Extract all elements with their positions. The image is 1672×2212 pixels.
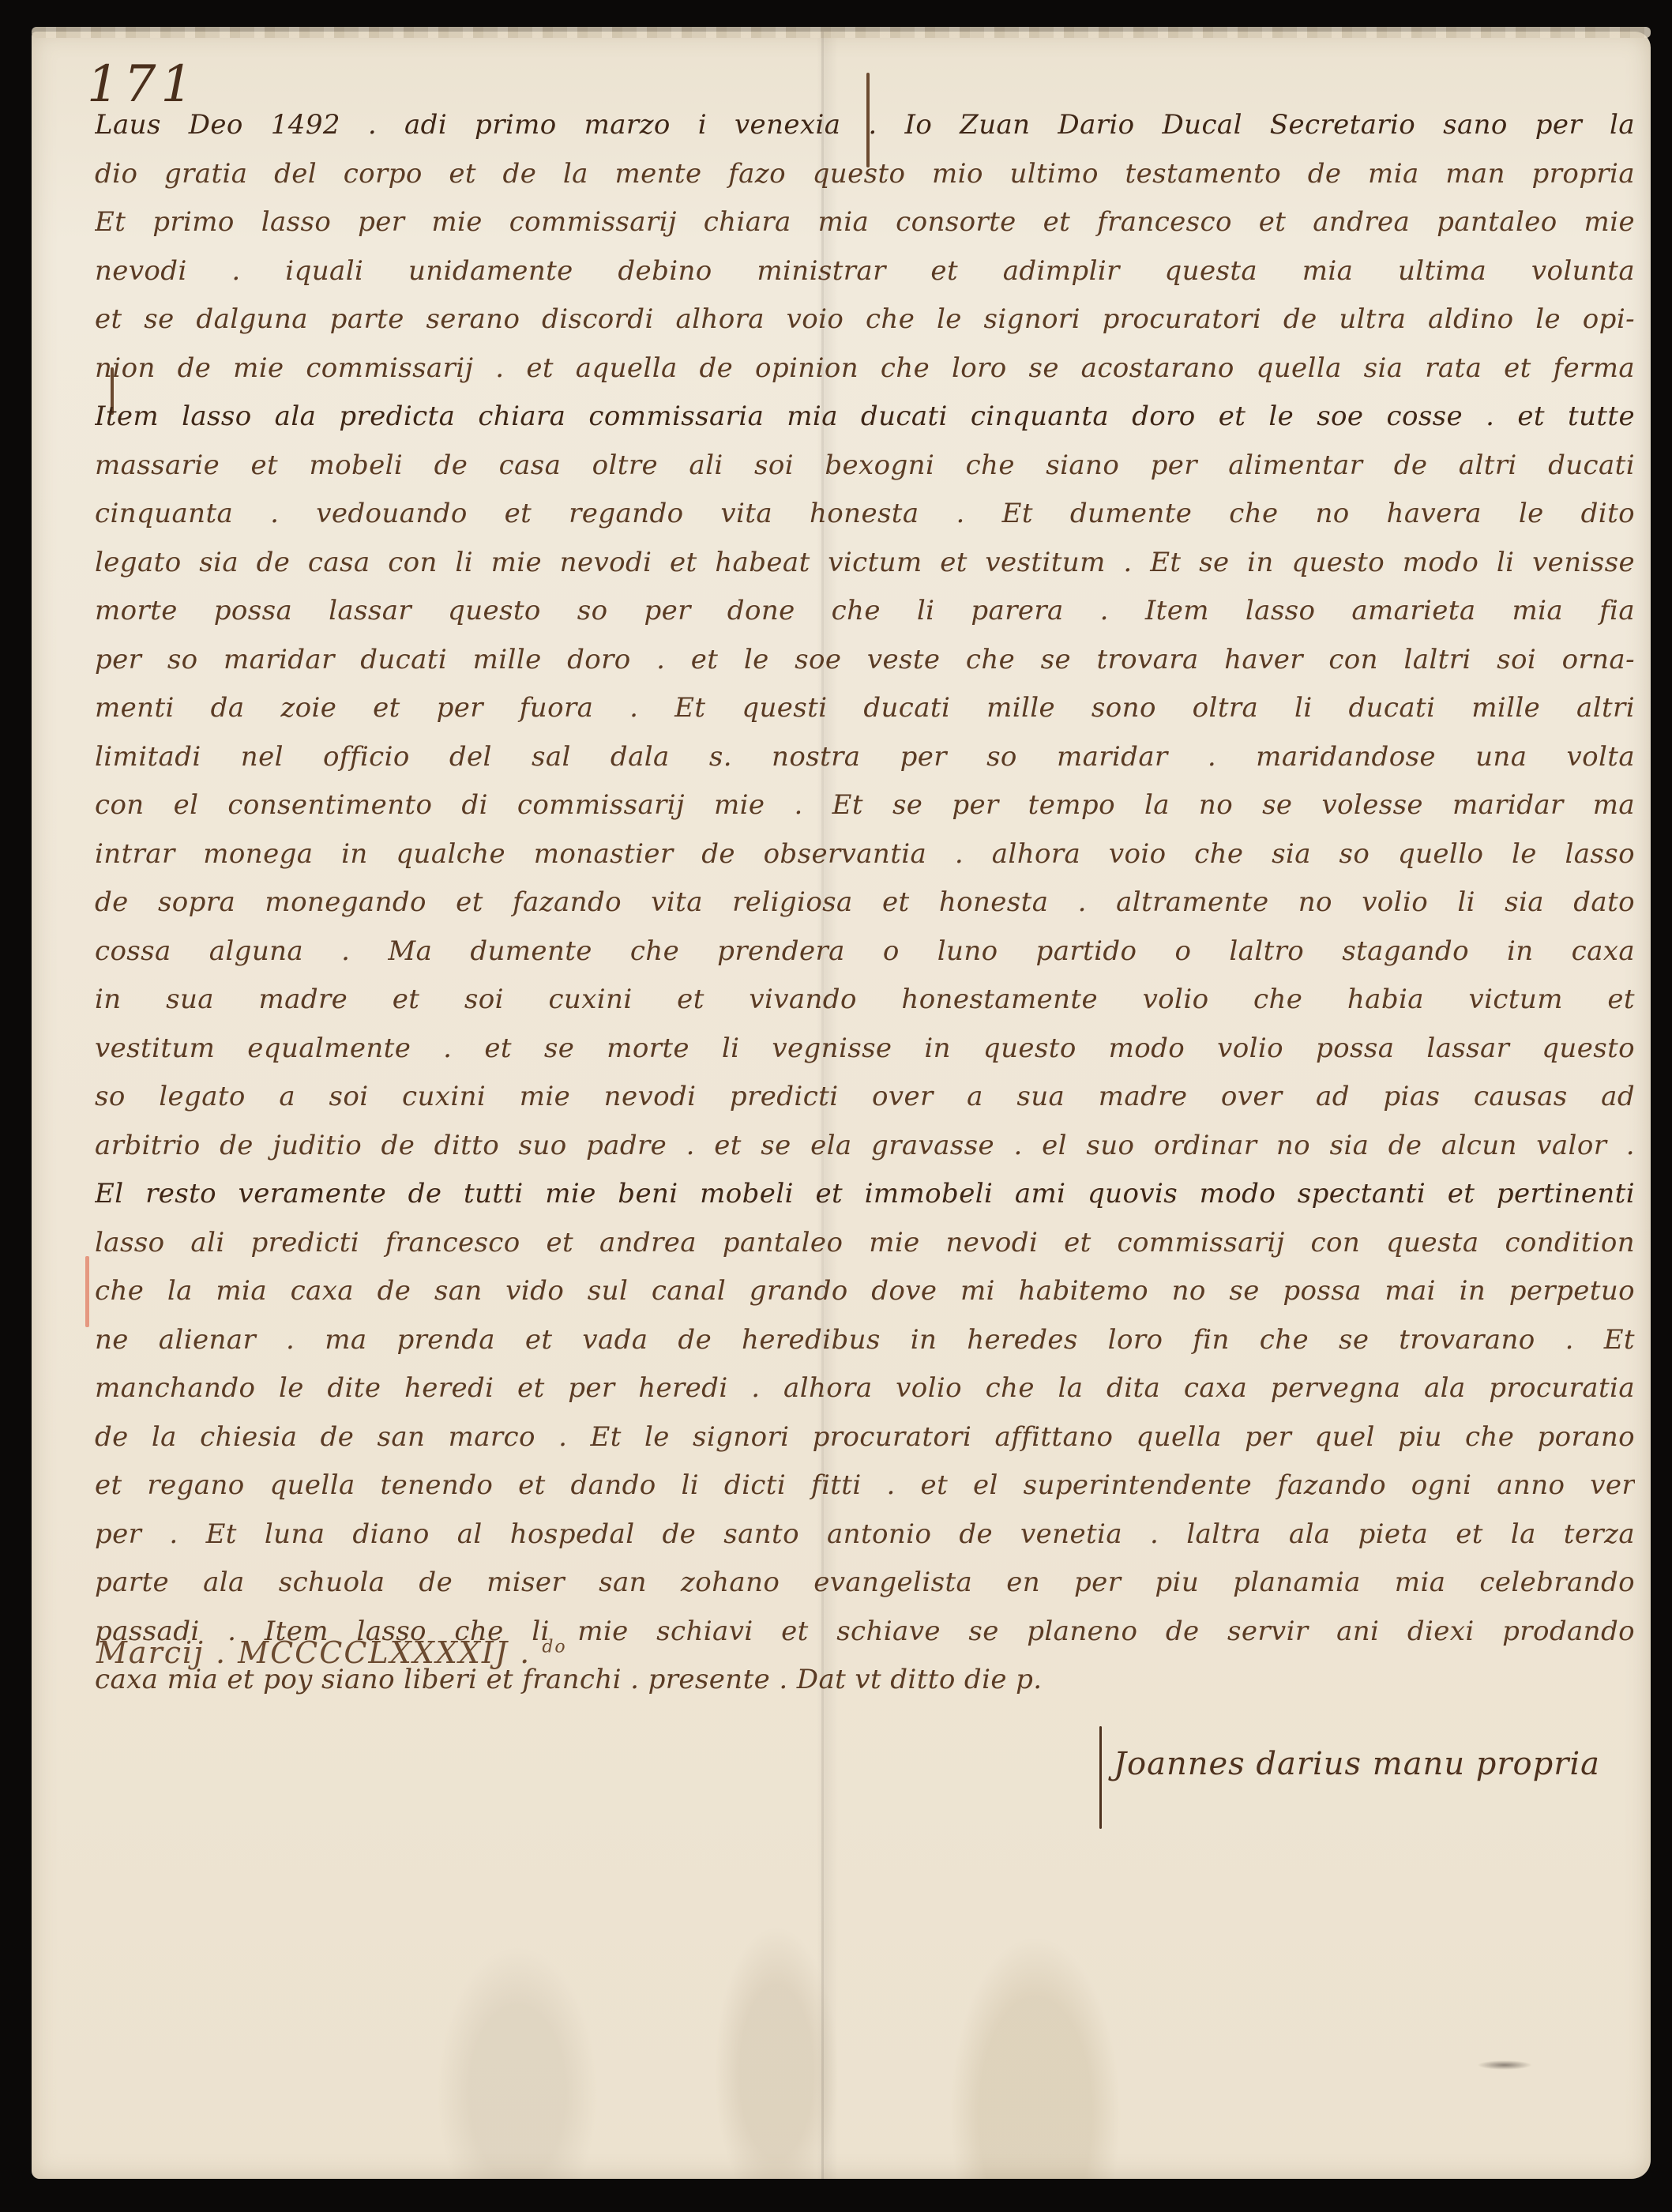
- closing-date: Marcij . MCCCCLXXXXIJ . do: [96, 1635, 567, 1670]
- text-line: con el consentimento di commissarij mie …: [95, 781, 1635, 830]
- text-line: dio gratia del corpo et de la mente fazo…: [95, 150, 1635, 199]
- text-line: per . Et luna diano al hospedal de santo…: [95, 1510, 1635, 1559]
- text-line: massarie et mobeli de casa oltre ali soi…: [95, 442, 1635, 491]
- torn-top-edge: [32, 27, 1651, 38]
- text-line: che la mia caxa de san vido sul canal gr…: [95, 1267, 1635, 1316]
- text-line: lasso ali predicti francesco et andrea p…: [95, 1219, 1635, 1268]
- text-line: per so maridar ducati mille doro . et le…: [95, 636, 1635, 685]
- text-line: ne alienar . ma prenda et vada de heredi…: [95, 1316, 1635, 1365]
- text-line: cossa alguna . Ma dumente che prendera o…: [95, 927, 1635, 976]
- text-line: legato sia de casa con li mie nevodi et …: [95, 539, 1635, 588]
- text-line: manchando le dite heredi et per heredi .…: [95, 1364, 1635, 1413]
- text-line: arbitrio de juditio de ditto suo padre .…: [95, 1122, 1635, 1171]
- closing-date-text: Marcij . MCCCCLXXXXIJ .: [96, 1635, 531, 1670]
- text-line: et regano quella tenendo et dando li dic…: [95, 1461, 1635, 1510]
- signature: Joannes darius manu propria: [1114, 1746, 1600, 1782]
- text-line: in sua madre et soi cuxini et vivando ho…: [95, 976, 1635, 1025]
- text-line: vestitum equalmente . et se morte li veg…: [95, 1025, 1635, 1074]
- text-line: El resto veramente de tutti mie beni mob…: [95, 1170, 1635, 1219]
- text-line: parte ala schuola de miser san zohano ev…: [95, 1559, 1635, 1608]
- text-line: morte possa lassar questo so per done ch…: [95, 587, 1635, 636]
- text-line: so legato a soi cuxini mie nevodi predic…: [95, 1073, 1635, 1122]
- text-line: cinquanta . vedouando et regando vita ho…: [95, 490, 1635, 539]
- text-line: menti da zoie et per fuora . Et questi d…: [95, 684, 1635, 733]
- signature-flourish: [1099, 1726, 1102, 1829]
- text-line: et se dalguna parte serano discordi alho…: [95, 295, 1635, 344]
- manuscript-text-block: Laus Deo 1492 . adi primo marzo i venexi…: [95, 101, 1635, 1705]
- text-line: nion de mie commissarij . et aquella de …: [95, 344, 1635, 393]
- ink-stain: [1477, 2060, 1532, 2070]
- manuscript-page: 171 Laus Deo 1492 . adi primo marzo i ve…: [32, 32, 1651, 2179]
- text-line: Et primo lasso per mie commissarij chiar…: [95, 198, 1635, 247]
- text-line: de sopra monegando et fazando vita relig…: [95, 878, 1635, 927]
- text-line: intrar monega in qualche monastier de ob…: [95, 830, 1635, 879]
- text-line: limitadi nel officio del sal dala s. nos…: [95, 733, 1635, 782]
- text-line: de la chiesia de san marco . Et le signo…: [95, 1413, 1635, 1462]
- red-margin-mark: [85, 1256, 89, 1327]
- text-line: nevodi . iquali unidamente debino minist…: [95, 247, 1635, 296]
- text-line: Laus Deo 1492 . adi primo marzo i venexi…: [95, 101, 1635, 150]
- text-line: Item lasso ala predicta chiara commissar…: [95, 393, 1635, 442]
- closing-superscript: do: [542, 1637, 566, 1657]
